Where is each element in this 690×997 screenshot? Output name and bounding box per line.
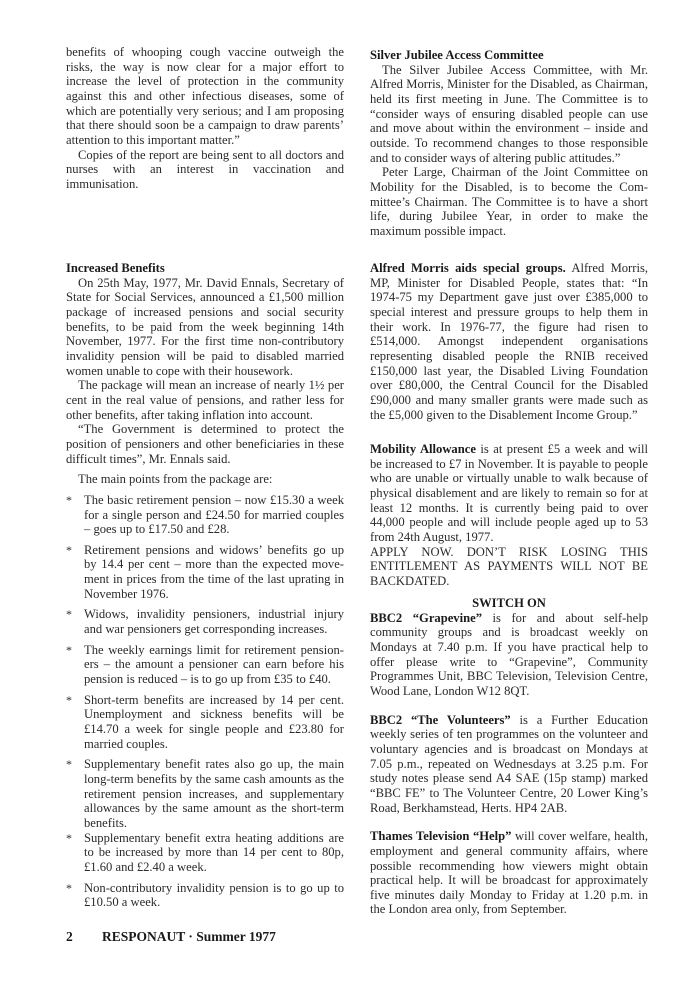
- bullet-text: Supplementary benefit rates also go up, …: [84, 757, 344, 830]
- mobility-notice: APPLY NOW. DON’T RISK LOSING THIS ENTITL…: [370, 545, 648, 589]
- increased-benefits-heading: Increased Benefits: [66, 261, 344, 276]
- jubilee-heading: Silver Jubilee Access Committee: [370, 48, 648, 63]
- bullet-item: *The weekly earnings limit for retiremen…: [66, 643, 344, 687]
- mobility-section: Mobility Allowance is at present £5 a we…: [370, 442, 648, 589]
- bullet-item: *Supplementary benefit extra heating add…: [66, 831, 344, 875]
- thames-paragraph: Thames Television “Help” will cover welf…: [370, 829, 648, 917]
- bullet-item: *The basic retirement pension – now £15.…: [66, 493, 344, 537]
- volunteers-text: is a Further Education weekly series of …: [370, 713, 648, 815]
- benefits-paragraph-2: The package will mean an increase of nea…: [66, 378, 344, 422]
- asterisk-bullet-icon: *: [66, 881, 72, 896]
- benefits-paragraph-1: On 25th May, 1977, Mr. David Ennals, Sec…: [66, 276, 344, 379]
- asterisk-bullet-icon: *: [66, 693, 72, 708]
- bullet-item: *Short-term benefits are increased by 14…: [66, 693, 344, 752]
- switch-on-section: SWITCH ON BBC2 “Grapevine” is for and ab…: [370, 596, 648, 917]
- jubilee-section: Silver Jubilee Access Committee The Silv…: [370, 48, 648, 239]
- jubilee-paragraph-2: Peter Large, Chairman of the Joint Commi…: [370, 165, 648, 238]
- benefits-paragraph-4: The main points from the package are:: [66, 472, 344, 487]
- publication-title: RESPONAUT · Summer 1977: [102, 929, 276, 944]
- bullet-text: The basic retirement pension – now £15.3…: [84, 493, 344, 536]
- thames-lead: Thames Television “Help”: [370, 829, 511, 843]
- bullet-text: The weekly earnings limit for retirement…: [84, 643, 344, 686]
- grapevine-paragraph: BBC2 “Grapevine” is for and about self-h…: [370, 611, 648, 699]
- morris-paragraph: Alfred Morris aids special groups. Alfre…: [370, 261, 648, 422]
- mobility-lead: Mobility Allowance: [370, 442, 476, 456]
- morris-section: Alfred Morris aids special groups. Alfre…: [370, 261, 648, 422]
- morris-text: Alfred Morris, MP, Minister for Disabled…: [370, 261, 648, 422]
- asterisk-bullet-icon: *: [66, 493, 72, 508]
- bullet-item: *Widows, invalidity pensioners, industri…: [66, 607, 344, 636]
- asterisk-bullet-icon: *: [66, 543, 72, 558]
- bullet-text: Supplementary benefit extra heating addi…: [84, 831, 344, 874]
- asterisk-bullet-icon: *: [66, 643, 72, 658]
- bullet-text: Retirement pensions and widows’ benefits…: [84, 543, 344, 601]
- switch-on-heading: SWITCH ON: [370, 596, 648, 611]
- intro-paragraph-1: benefits of whooping cough vaccine outwe…: [66, 45, 344, 148]
- volunteers-lead: BBC2 “The Volunteers”: [370, 713, 511, 727]
- page-number: 2: [66, 929, 102, 945]
- page-footer: 2RESPONAUT · Summer 1977: [66, 929, 276, 945]
- grapevine-lead: BBC2 “Grapevine”: [370, 611, 482, 625]
- bullet-item: *Retirement pensions and widows’ benefit…: [66, 543, 344, 602]
- increased-benefits-section: Increased Benefits On 25th May, 1977, Mr…: [66, 261, 344, 916]
- asterisk-bullet-icon: *: [66, 757, 72, 772]
- asterisk-bullet-icon: *: [66, 607, 72, 622]
- mobility-text: is at present £5 a week and will be incr…: [370, 442, 648, 544]
- volunteers-paragraph: BBC2 “The Volunteers” is a Further Educa…: [370, 713, 648, 816]
- bullet-item: *Supplementary benefit rates also go up,…: [66, 757, 344, 830]
- asterisk-bullet-icon: *: [66, 831, 72, 846]
- bullet-item: *Non-contributory invalidity pension is …: [66, 881, 344, 910]
- bullet-text: Short-term benefits are increased by 14 …: [84, 693, 344, 751]
- morris-lead: Alfred Morris aids special groups.: [370, 261, 566, 275]
- bullet-text: Non-contributory invalidity pension is t…: [84, 881, 344, 910]
- intro-paragraph-2: Copies of the report are being sent to a…: [66, 148, 344, 192]
- bullet-text: Widows, invalidity pensioners, industria…: [84, 607, 344, 636]
- mobility-paragraph: Mobility Allowance is at present £5 a we…: [370, 442, 648, 545]
- jubilee-paragraph-1: The Silver Jubilee Access Committee, wit…: [370, 63, 648, 166]
- benefits-paragraph-3: “The Government is determined to protect…: [66, 422, 344, 466]
- left-column: benefits of whooping cough vaccine outwe…: [66, 45, 344, 192]
